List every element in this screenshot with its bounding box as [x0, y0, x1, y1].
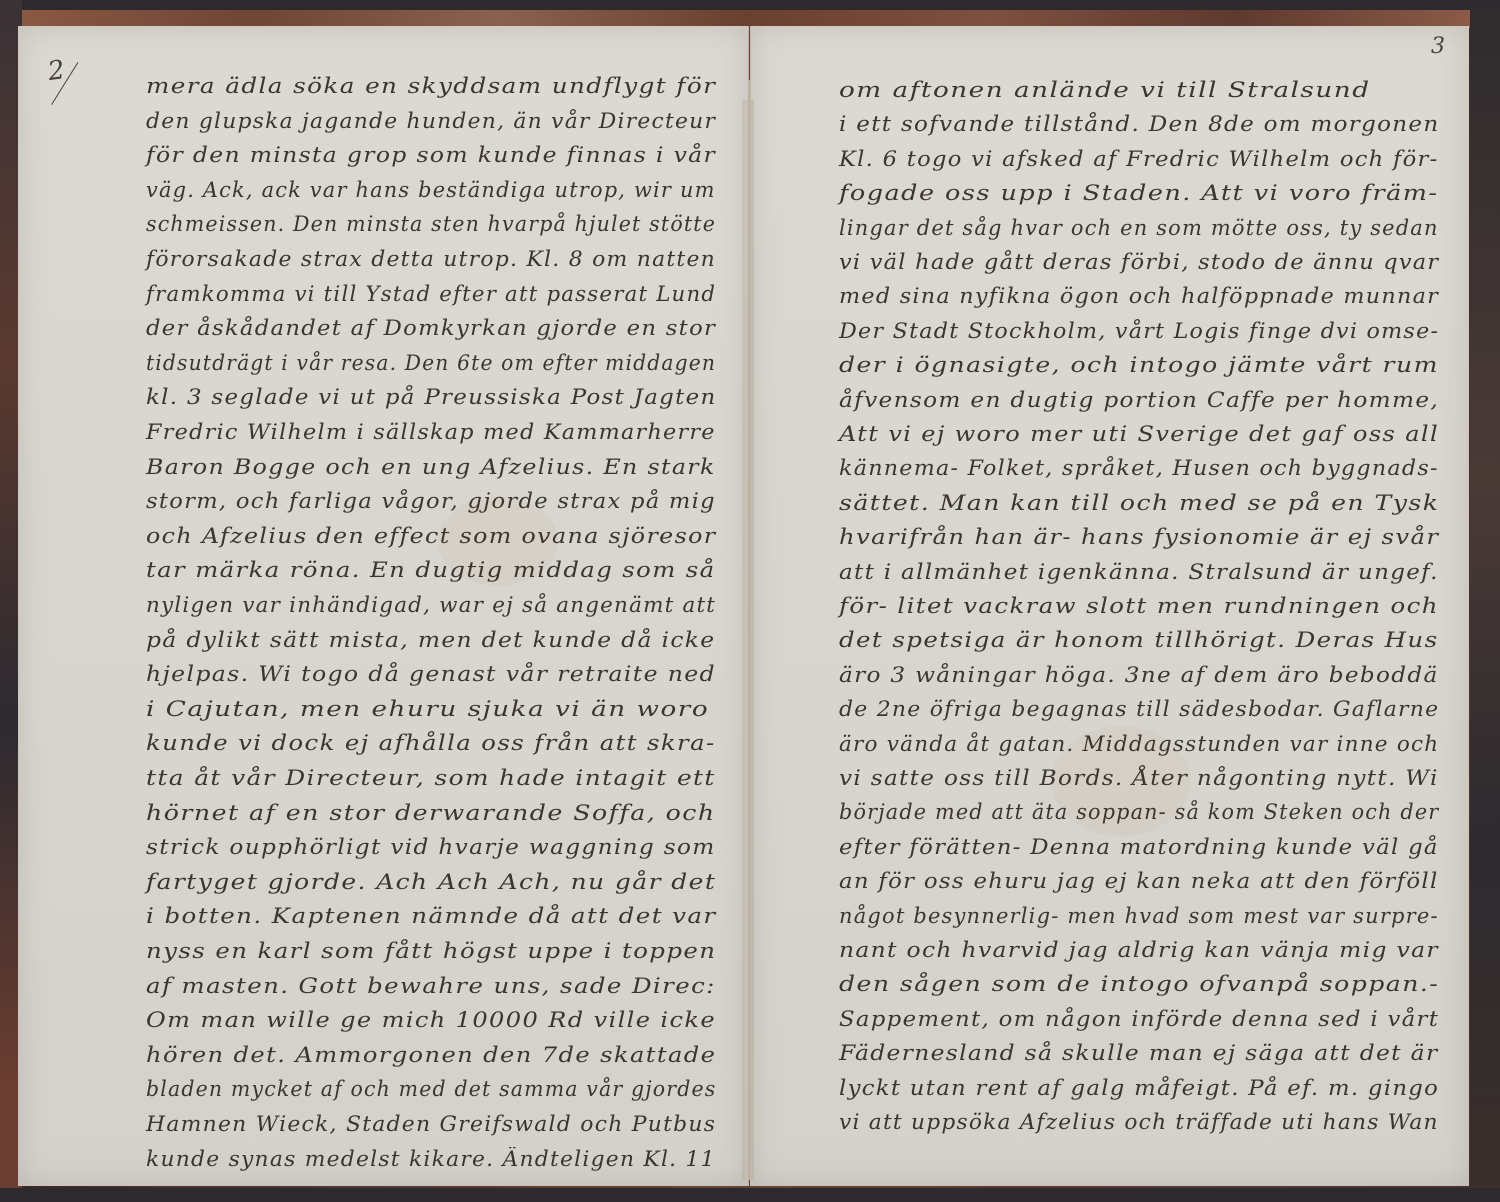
manuscript-line: lyckt utan rent af galg måfeigt. På ef. … — [839, 1076, 1439, 1100]
manuscript-line: Om man wille ge mich 10000 Rd ville icke — [146, 1008, 716, 1032]
manuscript-line: Sappement, om någon införde denna sed i … — [839, 1007, 1439, 1031]
manuscript-line: hvarifrån han är- hans fysionomie är ej … — [839, 525, 1439, 549]
manuscript-line: kl. 3 seglade vi ut på Preussiska Post J… — [146, 385, 717, 409]
manuscript-line: fogade oss upp i Staden. Att vi voro frä… — [839, 181, 1438, 205]
manuscript-line: Der Stadt Stockholm, vårt Logis finge dv… — [839, 319, 1439, 343]
manuscript-line: Att vi ej woro mer uti Sverige det gaf o… — [839, 422, 1439, 446]
manuscript-line: i botten. Kaptenen nämnde då att det var — [146, 904, 717, 928]
manuscript-line: Fädernesland så skulle man ej säga att d… — [839, 1041, 1438, 1065]
manuscript-line: den glupska jagande hunden, än vår Direc… — [146, 109, 716, 133]
manuscript-line: bladen mycket af och med det samma vår g… — [146, 1077, 716, 1101]
manuscript-line: framkomma vi till Ystad efter att passer… — [146, 282, 716, 306]
manuscript-line: åfvensom en dugtig portion Caffe per hom… — [839, 388, 1439, 412]
manuscript-line: der åskådandet af Domkyrkan gjorde en st… — [146, 316, 716, 340]
manuscript-line: lingar det såg hvar och en som mötte oss… — [839, 216, 1439, 240]
left-page: 2 mera ädla söka en skyddsam undflygt fö… — [18, 26, 749, 1186]
manuscript-line: de 2ne öfriga begagnas till sädesbodar. … — [839, 697, 1439, 721]
right-cover-edge — [1470, 0, 1500, 1202]
manuscript-line: storm, och farliga vågor, gjorde strax p… — [146, 489, 716, 513]
manuscript-line: hörnet af en stor derwarande Soffa, och — [146, 801, 716, 825]
manuscript-line: hören det. Ammorgonen den 7de skattade — [146, 1043, 716, 1067]
manuscript-line: an för oss ehuru jag ej kan neka att den… — [839, 869, 1439, 893]
manuscript-line: började med att äta soppan- så kom Steke… — [839, 800, 1439, 824]
manuscript-line: på dylikt sätt mista, men det kunde då i… — [146, 628, 715, 652]
manuscript-line: tidsutdrägt i vår resa. Den 6te om efter… — [146, 351, 716, 375]
manuscript-line: det spetsiga är honom tillhörigt. Deras … — [839, 628, 1439, 652]
manuscript-line: Fredric Wilhelm i sällskap med Kammarher… — [146, 420, 716, 444]
manuscript-line: der i ögnasigte, och intogo jämte vårt r… — [839, 353, 1439, 377]
right-page-text: om aftonen anlände vi till Stralsundi et… — [751, 26, 1469, 1186]
manuscript-line: tta åt vår Directeur, som hade intagit e… — [146, 766, 716, 790]
manuscript-line: nant och hvarvid jag aldrig kan vänja mi… — [839, 938, 1439, 962]
binding-thread — [748, 80, 750, 1180]
manuscript-line: nyligen var inhändigad, war ej så angenä… — [146, 593, 716, 617]
manuscript-line: kännema- Folket, språket, Husen och bygg… — [839, 456, 1439, 480]
right-page: 3 om aftonen anlände vi till Stralsundi … — [750, 26, 1469, 1186]
manuscript-line: kunde synas medelst kikare. Ändteligen K… — [146, 1147, 716, 1171]
manuscript-line: äro vända åt gatan. Middagsstunden var i… — [839, 732, 1439, 756]
manuscript-line: och Afzelius den effect som ovana sjöres… — [146, 524, 716, 548]
manuscript-line: något besynnerlig- men hvad som mest var… — [839, 904, 1439, 928]
manuscript-line: schmeissen. Den minsta sten hvarpå hjule… — [146, 212, 716, 236]
manuscript-line: af masten. Gott bewahre uns, sade Direc: — [146, 974, 716, 998]
manuscript-line: väg. Ack, ack var hans beständiga utrop,… — [146, 178, 716, 202]
manuscript-line: vi väl hade gått deras förbi, stodo de ä… — [839, 250, 1439, 274]
manuscript-line: tar märka röna. En dugtig middag som så — [146, 558, 716, 582]
manuscript-line: strick oupphörligt vid hvarje waggning s… — [146, 835, 716, 859]
manuscript-line: Baron Bogge och en ung Afzelius. En star… — [146, 455, 716, 479]
manuscript-line: äro 3 wåningar höga. 3ne af dem äro bebo… — [839, 663, 1439, 687]
manuscript-line: fartyget gjorde. Ach Ach Ach, nu går det — [146, 870, 716, 894]
manuscript-line: hjelpas. Wi togo då genast vår retraite … — [146, 662, 716, 686]
manuscript-line: kunde vi dock ej afhålla oss från att sk… — [146, 731, 716, 755]
manuscript-line: i Cajutan, men ehuru sjuka vi än woro — [146, 697, 709, 721]
manuscript-line: vi att uppsöka Afzelius och träffade uti… — [839, 1110, 1439, 1134]
manuscript-line: förorsakade strax detta utrop. Kl. 8 om … — [146, 247, 716, 271]
manuscript-line: nyss en karl som fått högst uppe i toppe… — [146, 939, 716, 963]
manuscript-line: för den minsta grop som kunde finnas i v… — [146, 143, 716, 167]
bottom-background — [0, 1188, 1500, 1202]
manuscript-line: den sågen som de intogo ofvanpå soppan.- — [839, 972, 1439, 996]
manuscript-line: mera ädla söka en skyddsam undflygt för — [146, 74, 716, 98]
manuscript-line: vi satte oss till Bords. Åter någonting … — [839, 766, 1439, 790]
manuscript-line: i ett sofvande tillstånd. Den 8de om mor… — [839, 112, 1439, 136]
manuscript-line: med sina nyfikna ögon och halföppnade mu… — [839, 284, 1439, 308]
manuscript-line: Hamnen Wieck, Staden Greifswald och Putb… — [146, 1112, 716, 1136]
left-page-text: mera ädla söka en skyddsam undflygt förd… — [18, 26, 748, 1186]
manuscript-line: för- litet vackraw slott men rundningen … — [839, 594, 1439, 618]
manuscript-line: sättet. Man kan till och med se på en Ty… — [839, 491, 1439, 515]
manuscript-line: om aftonen anlände vi till Stralsund — [839, 78, 1371, 102]
manuscript-line: att i allmänhet igenkänna. Stralsund är … — [839, 560, 1439, 584]
manuscript-line: Kl. 6 togo vi afsked af Fredric Wilhelm … — [839, 147, 1438, 171]
manuscript-line: efter förätten- Denna matordning kunde v… — [839, 835, 1439, 859]
